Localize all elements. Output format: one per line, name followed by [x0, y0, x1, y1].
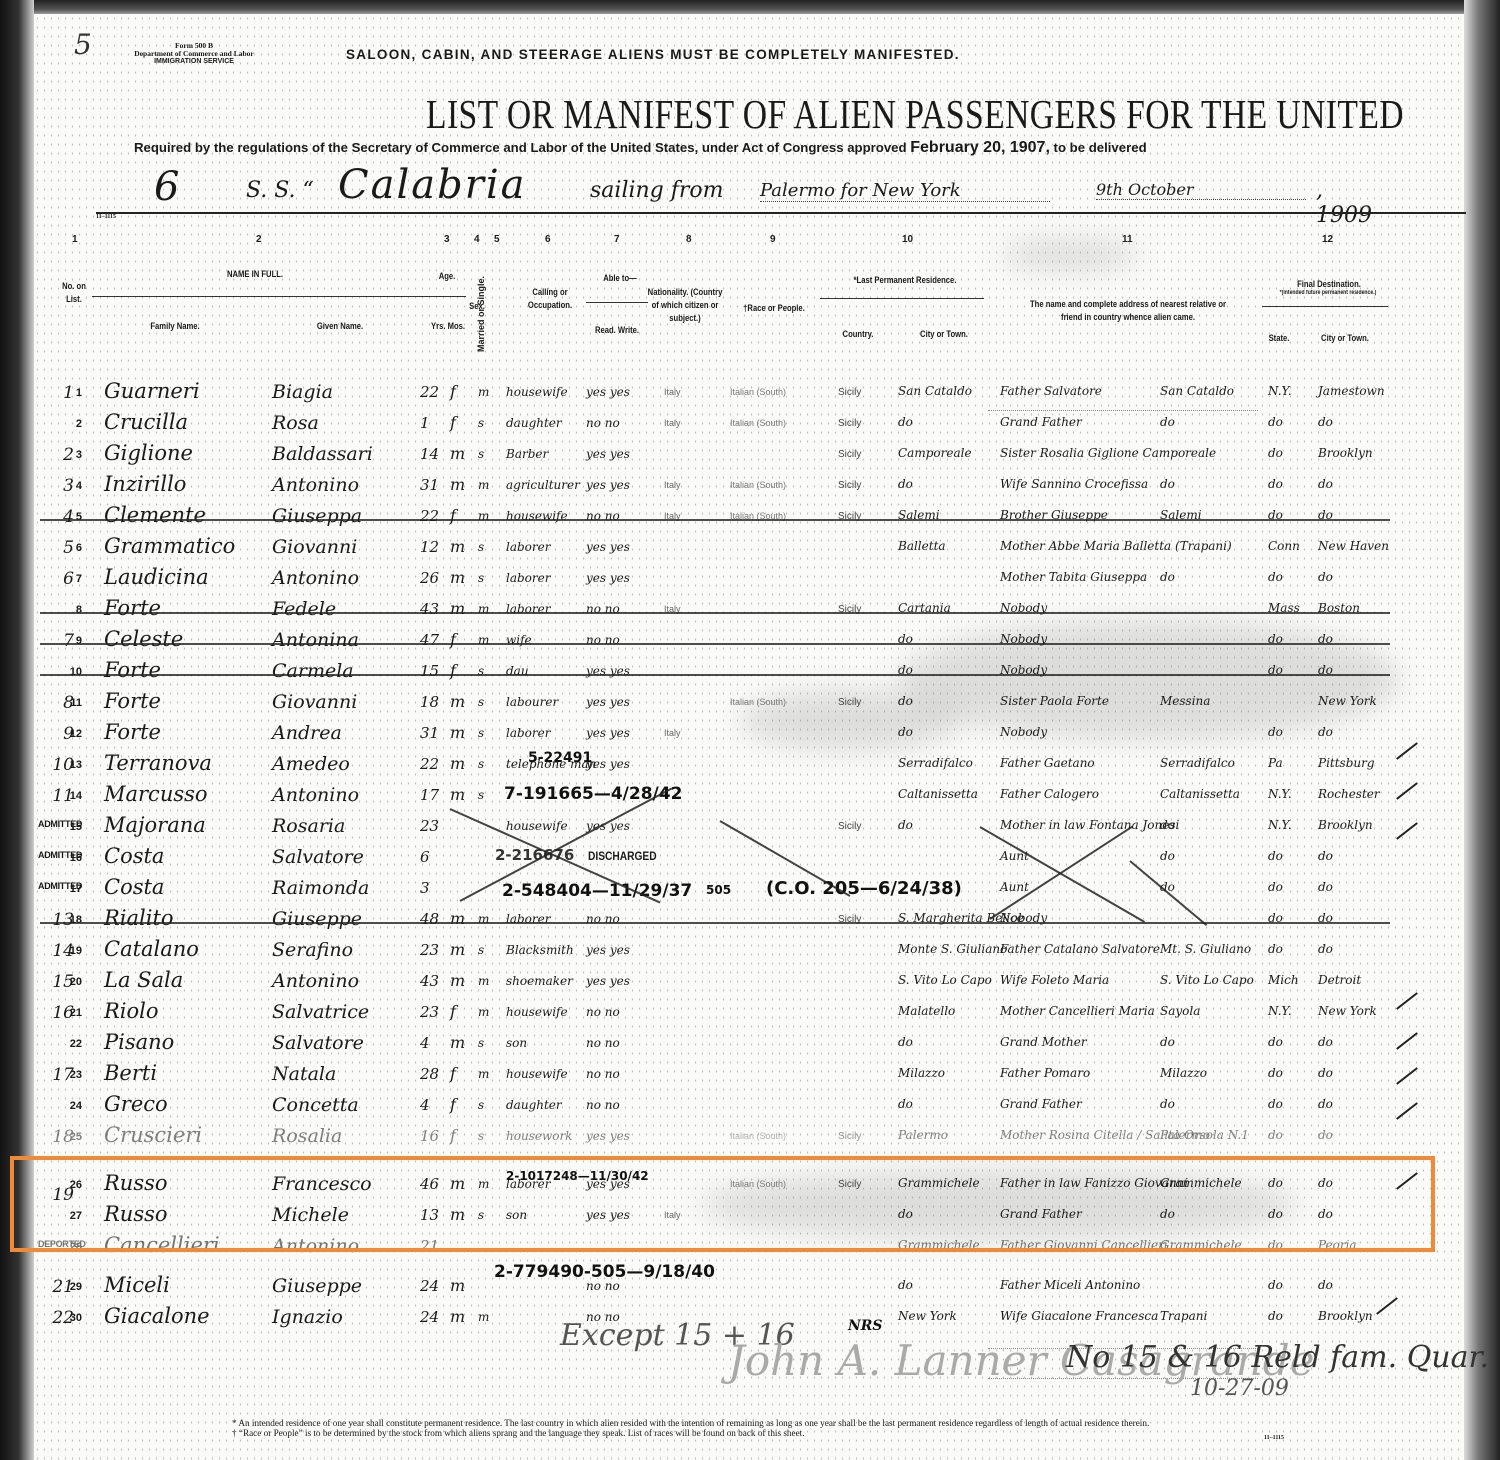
- given-name: Carmela: [272, 660, 354, 682]
- marital-status: s: [478, 447, 484, 461]
- sex: f: [450, 661, 456, 680]
- residence-city: do: [898, 415, 913, 429]
- relative-town: Serradifalco: [1160, 756, 1235, 770]
- residence-city: do: [898, 632, 913, 646]
- footnote-residence: * An intended residence of one year shal…: [232, 1418, 1149, 1428]
- marital-status: m: [478, 912, 489, 926]
- passenger-row: 22PisanoSalvatore4mssonno nodoGrand Moth…: [0, 1030, 1500, 1061]
- occupation: Barber: [506, 447, 548, 461]
- occupation: shoemaker: [506, 974, 573, 988]
- residence-city: do: [898, 694, 913, 708]
- residence-city: Salemi: [898, 508, 940, 522]
- header-country: Country.: [838, 328, 879, 341]
- given-name: Giovanni: [272, 691, 357, 713]
- relative-town: do: [1160, 1035, 1175, 1049]
- given-name: Amedeo: [272, 753, 350, 775]
- destination-state: do: [1268, 508, 1283, 522]
- occupation: laborer: [506, 571, 550, 585]
- occupation: labourer: [506, 695, 558, 709]
- nearest-relative: Mother Cancellieri Maria: [1000, 1004, 1155, 1018]
- col-num-6: 6: [545, 234, 551, 245]
- col-num-8: 8: [686, 234, 692, 245]
- read-write: no no: [586, 1005, 620, 1019]
- destination-city: do: [1318, 663, 1333, 677]
- manifest-banner: SALOON, CABIN, AND STEERAGE ALIENS MUST …: [346, 47, 960, 62]
- nearest-relative: Grand Father: [1000, 1097, 1082, 1111]
- nearest-relative: Nobody: [1000, 601, 1047, 615]
- family-name: Grammatico: [104, 534, 235, 558]
- passenger-row: ADMITTED16CostaSalvatore6Auntdododo: [0, 844, 1500, 875]
- sex: f: [450, 1126, 456, 1145]
- relative-town: do: [1160, 477, 1175, 491]
- age: 24: [420, 1277, 439, 1295]
- residence-city: Camporeale: [898, 446, 972, 460]
- passenger-row: 56GrammaticoGiovanni12mslaboreryes yesBa…: [0, 534, 1500, 565]
- header-final-destination-note: *(Intended future permanent residence.): [1279, 290, 1378, 297]
- destination-city: do: [1318, 911, 1333, 925]
- ship-prefix: S. S. “: [246, 178, 314, 203]
- residence-city: Monte S. Giuliano: [898, 942, 1007, 956]
- residence-city: do: [898, 477, 913, 491]
- age: 12: [420, 538, 439, 556]
- nearest-relative: Father Catalano Salvatore: [1000, 942, 1160, 956]
- residence-city: do: [898, 1035, 913, 1049]
- cert-annotation-row29: 2-779490-505—9/18/40: [494, 1262, 715, 1282]
- passenger-row-struck: 79CelesteAntonina47fmwifeno nodoNobodydo…: [0, 627, 1500, 658]
- list-number: 9: [66, 635, 82, 647]
- destination-city: do: [1318, 1035, 1333, 1049]
- header-age: Age.: [434, 270, 460, 283]
- given-name: Baldassari: [272, 443, 373, 465]
- given-name: Giuseppe: [272, 1275, 362, 1297]
- relative-town: Sayola: [1160, 1004, 1200, 1018]
- list-number: 21: [66, 1007, 82, 1019]
- read-write: yes yes: [586, 695, 630, 709]
- race: Italian (South): [730, 511, 786, 521]
- passenger-row: 34InzirilloAntonino31mmagricultureryes y…: [0, 472, 1500, 503]
- passenger-row: 1114MarcussoAntonino17msCaltanissettaFat…: [0, 782, 1500, 813]
- given-name: Raimonda: [272, 877, 369, 899]
- nearest-relative: Nobody: [1000, 632, 1047, 646]
- blur-smudge: [1000, 240, 1140, 270]
- destination-state: do: [1268, 477, 1283, 491]
- age: 26: [420, 569, 439, 587]
- given-name: Antonino: [272, 474, 359, 496]
- passenger-row: 1013TerranovaAmedeo22mstelephone manyes …: [0, 751, 1500, 782]
- age: 4: [420, 1034, 430, 1052]
- regulation-date: February 20, 1907,: [910, 139, 1050, 156]
- marital-status: m: [478, 478, 489, 492]
- footnote-race: † “Race or People” is to be determined b…: [232, 1428, 1149, 1438]
- read-write: yes yes: [586, 571, 630, 585]
- residence-city: Palermo: [898, 1128, 948, 1142]
- destination-city: Jamestown: [1318, 384, 1385, 398]
- given-name: Ignazio: [272, 1306, 343, 1328]
- passenger-row: 1520La SalaAntonino43mmshoemakeryes yesS…: [0, 968, 1500, 999]
- age: 4: [420, 1096, 430, 1114]
- family-name: Pisano: [104, 1030, 174, 1054]
- col-num-2: 2: [256, 234, 262, 245]
- passenger-row-faded: 1825CruscieriRosalia16fshouseworkyes yes…: [0, 1123, 1500, 1154]
- sex: m: [450, 1033, 465, 1052]
- cert-annotation-row17: 2-548404—11/29/37: [502, 881, 692, 901]
- sailing-date: 9th October: [1096, 180, 1306, 200]
- occupation: housewife: [506, 819, 568, 833]
- residence-city: S. Vito Lo Capo: [898, 973, 992, 987]
- destination-state: do: [1268, 880, 1283, 894]
- destination-city: do: [1318, 1066, 1333, 1080]
- age: 43: [420, 972, 439, 990]
- record-note: No 15 & 16 Reld fam. Quar.: [1066, 1340, 1489, 1375]
- code-annotation-row17: 505: [706, 883, 731, 897]
- passenger-row: 67LaudicinaAntonino26mslaboreryes yesMot…: [0, 565, 1500, 596]
- family-name: Forte: [104, 720, 161, 744]
- nationality: Italy: [664, 418, 681, 428]
- nationality: Italy: [664, 480, 681, 490]
- family-name: Giacalone: [104, 1304, 210, 1328]
- marital-status: m: [478, 602, 489, 616]
- relative-town: do: [1160, 570, 1175, 584]
- marital-status: m: [478, 509, 489, 523]
- read-write: no no: [586, 509, 620, 523]
- list-number: 5: [66, 511, 82, 523]
- header-dest-city: City or Town.: [1315, 332, 1375, 345]
- destination-state: do: [1268, 725, 1283, 739]
- residence-city: San Cataldo: [898, 384, 972, 398]
- given-name: Antonina: [272, 629, 359, 651]
- marital-status: m: [478, 1310, 489, 1324]
- header-name-in-full: NAME IN FULL.: [208, 268, 302, 281]
- age: 47: [420, 631, 439, 649]
- nationality: Italy: [664, 728, 681, 738]
- given-name: Giuseppe: [272, 908, 362, 930]
- read-write: no no: [586, 912, 620, 926]
- given-name: Concetta: [272, 1094, 359, 1116]
- sex: m: [450, 599, 465, 618]
- given-name: Fedele: [272, 598, 336, 620]
- age: 3: [420, 879, 430, 897]
- residence-country: Sicily: [838, 821, 861, 832]
- nearest-relative: Father Miceli Antonino: [1000, 1278, 1140, 1292]
- list-number: 17: [66, 883, 82, 895]
- relative-town: do: [1160, 818, 1175, 832]
- destination-state: Conn: [1268, 539, 1300, 553]
- occupation: housewife: [506, 1067, 568, 1081]
- nationality: Italy: [664, 511, 681, 521]
- regulation-text: Required by the regulations of the Secre…: [134, 139, 1147, 157]
- header-able-to: Able to—: [595, 272, 646, 285]
- family-name: Celeste: [104, 627, 183, 651]
- record-note-date: 10-27-09: [1190, 1376, 1289, 1401]
- header-last-residence: *Last Permanent Residence.: [850, 274, 961, 287]
- nearest-relative: Nobody: [1000, 663, 1047, 677]
- marital-status: s: [478, 1129, 484, 1143]
- col-num-10: 10: [902, 234, 913, 245]
- nrs-annotation-row30: NRS: [848, 1318, 883, 1334]
- age: 22: [420, 755, 439, 773]
- read-write: no no: [586, 416, 620, 430]
- passenger-row: 23GiglioneBaldassari14msBarberyes yesSic…: [0, 441, 1500, 472]
- age: 15: [420, 662, 439, 680]
- residence-country: Sicily: [838, 697, 861, 708]
- residence-city: do: [898, 725, 913, 739]
- nearest-relative: Grand Father: [1000, 415, 1082, 429]
- residence-city: Caltanissetta: [898, 787, 978, 801]
- given-name: Salvatore: [272, 1032, 364, 1054]
- header-state: State.: [1265, 332, 1294, 345]
- family-name: Giglione: [104, 441, 193, 465]
- residence-city: Serradifalco: [898, 756, 973, 770]
- residence-country: Sicily: [838, 604, 861, 615]
- family-name: Forte: [104, 689, 161, 713]
- occupation: laborer: [506, 540, 550, 554]
- col-num-7: 7: [614, 234, 620, 245]
- family-name: Forte: [104, 596, 161, 620]
- read-write: yes yes: [586, 385, 630, 399]
- list-number: 22: [66, 1038, 82, 1050]
- destination-state: do: [1268, 632, 1283, 646]
- passenger-row-struck: 1318RialitoGiuseppe48mmlaborerno noSicil…: [0, 906, 1500, 937]
- age: 17: [420, 786, 439, 804]
- given-name: Antonino: [272, 970, 359, 992]
- nearest-relative: Aunt: [1000, 880, 1029, 894]
- nearest-relative: Mother Tabita Giuseppa: [1000, 570, 1147, 584]
- sex: m: [450, 754, 465, 773]
- passenger-row: 912ForteAndrea31mslaboreryes yesItalydoN…: [0, 720, 1500, 751]
- age: 22: [420, 507, 439, 525]
- family-name: Miceli: [104, 1273, 170, 1297]
- sex: m: [450, 1276, 465, 1295]
- marital-status: s: [478, 757, 484, 771]
- marital-status: s: [478, 943, 484, 957]
- relative-town: Caltanissetta: [1160, 787, 1240, 801]
- family-name: Clemente: [104, 503, 206, 527]
- destination-city: New York: [1318, 694, 1377, 708]
- page-title: LIST OR MANIFEST OF ALIEN PASSENGERS FOR…: [426, 90, 1404, 138]
- header-residence-rule: [820, 298, 984, 299]
- age: 22: [420, 383, 439, 401]
- residence-city: do: [898, 663, 913, 677]
- header-read-write: Read. Write.: [587, 324, 647, 337]
- destination-city: Detroit: [1318, 973, 1361, 987]
- relative-town: Palermo: [1160, 1128, 1210, 1142]
- regulation-text-main: Required by the regulations of the Secre…: [134, 140, 910, 155]
- sex: m: [450, 444, 465, 463]
- destination-state: N.Y.: [1268, 1004, 1292, 1018]
- family-name: Terranova: [104, 751, 212, 775]
- destination-state: N.Y.: [1268, 818, 1292, 832]
- destination-state: Mich: [1268, 973, 1299, 987]
- family-name: Riolo: [104, 999, 159, 1023]
- occupation: dau: [506, 664, 529, 678]
- relative-town: do: [1160, 1097, 1175, 1111]
- corner-mark: 5: [74, 28, 92, 61]
- relative-town: Trapani: [1160, 1309, 1207, 1323]
- sex: f: [450, 630, 456, 649]
- residence-city: do: [898, 818, 913, 832]
- nearest-relative: Sister Paola Forte: [1000, 694, 1109, 708]
- sex: f: [450, 382, 456, 401]
- header-rule: [96, 212, 1466, 214]
- sex: f: [450, 413, 456, 432]
- given-name: Natala: [272, 1063, 336, 1085]
- occupation: housework: [506, 1129, 572, 1143]
- read-write: yes yes: [586, 1129, 630, 1143]
- occupation: housewife: [506, 385, 568, 399]
- residence-country: Sicily: [838, 1131, 861, 1142]
- occupation: Blacksmith: [506, 943, 574, 957]
- col-num-4: 4: [474, 234, 480, 245]
- sheet-mark: 6: [154, 164, 179, 210]
- given-name: Biagia: [272, 381, 333, 403]
- list-number: 1: [66, 387, 82, 399]
- passenger-row: 2CrucillaRosa1fsdaughterno noItalyItalia…: [0, 410, 1500, 441]
- sex: m: [450, 568, 465, 587]
- read-write: no no: [586, 1098, 620, 1112]
- family-name: Costa: [104, 844, 164, 868]
- nearest-relative: Mother in law Fontana Jonesi: [1000, 818, 1179, 832]
- family-name: Forte: [104, 658, 161, 682]
- destination-city: Pittsburg: [1318, 756, 1375, 770]
- given-name: Serafino: [272, 939, 353, 961]
- family-name: Marcusso: [104, 782, 208, 806]
- highlight-box-russo-rows: [10, 1156, 1435, 1252]
- passenger-row: 1419CatalanoSerafino23msBlacksmithyes ye…: [0, 937, 1500, 968]
- passenger-row: 24GrecoConcetta4fsdaughterno nodoGrand F…: [0, 1092, 1500, 1123]
- passenger-row-struck: 8ForteFedele43mmlaborerno noItalySicilyC…: [0, 596, 1500, 627]
- passenger-row: ADMITTED17CostaRaimonda3Auntdododo: [0, 875, 1500, 906]
- family-name: Guarneri: [104, 379, 200, 403]
- residence-country: Sicily: [838, 914, 861, 925]
- list-number: 29: [66, 1281, 82, 1293]
- list-number: 16: [66, 852, 82, 864]
- marital-status: s: [478, 695, 484, 709]
- nearest-relative: Nobody: [1000, 911, 1047, 925]
- destination-city: do: [1318, 508, 1333, 522]
- destination-city: do: [1318, 1278, 1333, 1292]
- sex: m: [450, 909, 465, 928]
- regulation-text-tail: to be delivered: [1050, 140, 1147, 155]
- age: 1: [420, 414, 430, 432]
- header-calling: Calling or Occupation.: [525, 286, 576, 312]
- given-name: Rosalia: [272, 1125, 342, 1147]
- sex: m: [450, 940, 465, 959]
- nearest-relative: Brother Giuseppe: [1000, 508, 1108, 522]
- marital-status: m: [478, 633, 489, 647]
- destination-state: Pa: [1268, 756, 1283, 770]
- list-number: 15: [66, 821, 82, 833]
- given-name: Antonino: [272, 784, 359, 806]
- sex: m: [450, 723, 465, 742]
- dotted-line: [988, 410, 1258, 411]
- read-write: no no: [586, 1036, 620, 1050]
- family-name: Greco: [104, 1092, 168, 1116]
- nearest-relative: Father Salvatore: [1000, 384, 1102, 398]
- list-number: 23: [66, 1069, 82, 1081]
- age: 24: [420, 1308, 439, 1326]
- given-name: Antonino: [272, 567, 359, 589]
- col-num-5: 5: [494, 234, 500, 245]
- list-number: 4: [66, 480, 82, 492]
- header-name-rule: [92, 296, 466, 297]
- residence-city: Cartania: [898, 601, 951, 615]
- occupation: daughter: [506, 416, 562, 430]
- nearest-relative: Father Pomaro: [1000, 1066, 1090, 1080]
- family-name: La Sala: [104, 968, 183, 992]
- destination-city: do: [1318, 849, 1333, 863]
- relative-town: Salemi: [1160, 508, 1202, 522]
- marital-status: s: [478, 571, 484, 585]
- list-number: 13: [66, 759, 82, 771]
- header-able-rule: [586, 302, 648, 303]
- nationality: Italy: [664, 604, 681, 614]
- passenger-row: 2129MiceliGiuseppe24mno nodoFather Micel…: [0, 1273, 1500, 1304]
- destination-city: Brooklyn: [1318, 818, 1373, 832]
- relative-town: do: [1160, 849, 1175, 863]
- residence-city: do: [898, 1097, 913, 1111]
- read-write: no no: [586, 602, 620, 616]
- race: Italian (South): [730, 697, 786, 707]
- nearest-relative: Grand Mother: [1000, 1035, 1087, 1049]
- destination-city: do: [1318, 942, 1333, 956]
- family-name: Inzirillo: [104, 472, 186, 496]
- age: 6: [420, 848, 430, 866]
- marital-status: m: [478, 385, 489, 399]
- family-name: Berti: [104, 1061, 157, 1085]
- family-name: Costa: [104, 875, 164, 899]
- form-code: 11–1115: [96, 214, 116, 220]
- destination-state: do: [1268, 570, 1283, 584]
- age: 31: [420, 476, 439, 494]
- ship-name: Calabria: [338, 162, 526, 208]
- header-relative: The name and complete address of nearest…: [1019, 298, 1237, 324]
- relative-town: Messina: [1160, 694, 1210, 708]
- header-family-name: Family Name.: [137, 320, 214, 333]
- given-name: Andrea: [272, 722, 342, 744]
- header-race: †Race or People.: [740, 302, 808, 315]
- sex: m: [450, 971, 465, 990]
- residence-country: Sicily: [838, 449, 861, 460]
- list-number: 25: [66, 1131, 82, 1143]
- residence-city: New York: [898, 1309, 957, 1323]
- form-service: IMMIGRATION SERVICE: [126, 58, 262, 66]
- list-number: 11: [66, 697, 82, 709]
- list-number: 3: [66, 449, 82, 461]
- nearest-relative: Father Calogero: [1000, 787, 1099, 801]
- marital-status: s: [478, 416, 484, 430]
- header-yrs-mos: Yrs. Mos.: [424, 320, 472, 333]
- destination-state: do: [1268, 663, 1283, 677]
- passenger-row: 1723BertiNatala28fmhousewifeno noMilazzo…: [0, 1061, 1500, 1092]
- read-write: yes yes: [586, 726, 630, 740]
- nationality: Italy: [664, 387, 681, 397]
- destination-city: Boston: [1318, 601, 1360, 615]
- marital-status: s: [478, 540, 484, 554]
- passenger-row-struck: 10ForteCarmela15fsdauyes yesdoNobodydodo: [0, 658, 1500, 689]
- header-city-or-town: City or Town.: [913, 328, 974, 341]
- destination-state: do: [1268, 1128, 1283, 1142]
- read-write: no no: [586, 1067, 620, 1081]
- header-married-single: Married or Single.: [476, 276, 486, 352]
- age: 23: [420, 817, 439, 835]
- residence-city: do: [898, 1278, 913, 1292]
- destination-city: Rochester: [1318, 787, 1380, 801]
- sex: m: [450, 475, 465, 494]
- marital-status: s: [478, 1098, 484, 1112]
- discharged-stamp: DISCHARGED: [588, 849, 657, 863]
- sailing-from-value: Palermo for New York: [760, 180, 1050, 202]
- age: 28: [420, 1065, 439, 1083]
